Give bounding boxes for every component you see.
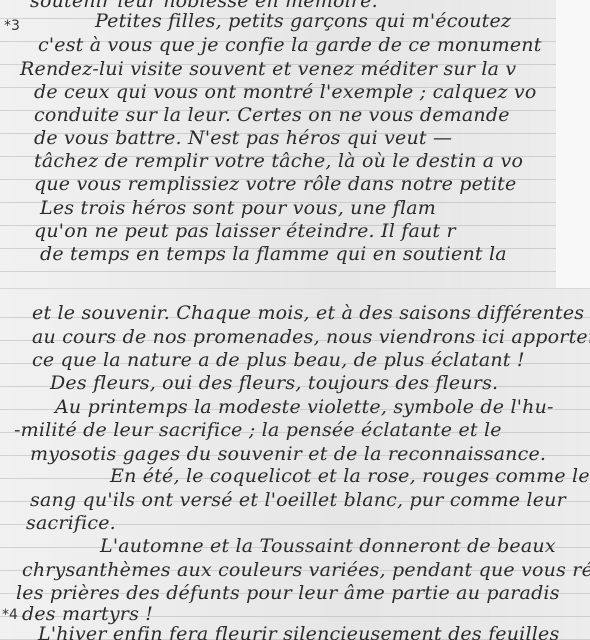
text-line: L'hiver enfin fera fleurir silencieuseme… [38,623,559,640]
text-line: de vous battre. N'est pas héros qui veut… [34,127,452,149]
text-line: au cours de nos promenades, nous viendro… [32,326,590,348]
text-line: Les trois héros sont pour vous, une flam [40,197,436,219]
text-line: Rendez-lui visite souvent et venez médit… [20,58,516,80]
margin-mark-bottom: *4 [2,607,18,623]
text-line: ce que la nature a de plus beau, de plus… [32,349,525,371]
text-line: Des fleurs, oui des fleurs, toujours des… [50,372,498,394]
scan-margin [556,0,590,288]
text-line: myosotis gages du souvenir et de la reco… [30,443,546,465]
margin-mark-top: *3 [4,18,20,34]
text-line: En été, le coquelicot et la rose, rouges… [110,465,590,487]
scan-page-top: *3 soutenir leur noblesse en mémoire. Pe… [0,0,556,288]
text-line: sacrifice. [26,512,116,534]
text-line: sang qu'ils ont versé et l'oeillet blanc… [30,489,566,511]
text-line: et le souvenir. Chaque mois, et à des sa… [32,302,584,324]
text-line: tâchez de remplir votre tâche, là où le … [34,150,523,172]
scan-page-bottom: et le souvenir. Chaque mois, et à des sa… [0,288,590,640]
text-line: Petites filles, petits garçons qui m'éco… [95,10,511,32]
text-line: chrysanthèmes aux couleurs variées, pend… [22,559,590,581]
text-line: qu'on ne peut pas laisser éteindre. Il f… [34,220,456,242]
text-line: de ceux qui vous ont montré l'exemple ; … [34,81,536,103]
text-line: Au printemps la modeste violette, symbol… [55,396,554,418]
text-line: de temps en temps la flamme qui en souti… [40,243,507,265]
text-line: -milité de leur sacrifice ; la pensée éc… [14,419,502,441]
text-line: conduite sur la leur. Certes on ne vous … [34,104,510,126]
text-line: que vous remplissiez votre rôle dans not… [34,173,516,195]
text-line: L'automne et la Toussaint donneront de b… [100,535,556,557]
text-line: des martyrs ! [22,603,153,625]
text-line: c'est à vous que je confie la garde de c… [38,34,542,56]
text-line: les prières des défunts pour leur âme pa… [16,582,560,604]
